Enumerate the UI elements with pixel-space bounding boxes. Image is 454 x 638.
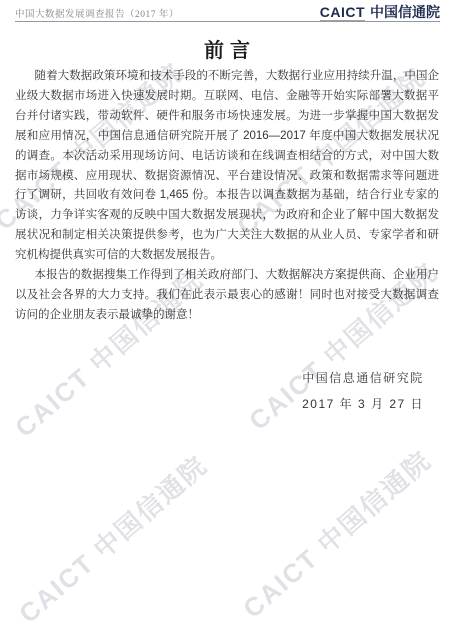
signature-date: 2017 年 3 月 27 日 xyxy=(302,394,424,414)
header-rule xyxy=(15,21,440,22)
caict-logo-latin-text: CAICT xyxy=(320,5,365,22)
document-page: CAICT 中国信通院 CAICT 中国信通院 CAICT 中国信通院 CAIC… xyxy=(0,0,454,638)
preface-paragraph-1: 随着大数据政策环境和技术手段的不断完善，大数据行业应用持续升温，中国企业级大数据… xyxy=(15,67,439,266)
watermark-text: CAICT 中国信通院 xyxy=(10,446,214,631)
caict-logo-chinese-text: 中国信通院 xyxy=(370,2,440,22)
running-head-report-title: 中国大数据发展调查报告（2017 年） xyxy=(15,6,179,22)
signature-organization: 中国信息通信研究院 xyxy=(302,368,424,388)
caict-logo: CAICT 中国信通院 xyxy=(320,2,440,22)
page-title: 前言 xyxy=(0,34,454,63)
signature-block: 中国信息通信研究院 2017 年 3 月 27 日 xyxy=(302,368,424,414)
preface-paragraph-2: 本报告的数据搜集工作得到了相关政府部门、大数据解决方案提供商、企业用户以及社会各… xyxy=(15,266,439,326)
page-header: 中国大数据发展调查报告（2017 年） CAICT 中国信通院 xyxy=(15,6,440,22)
preface-body: 随着大数据政策环境和技术手段的不断完善，大数据行业应用持续升温，中国企业级大数据… xyxy=(15,67,439,326)
watermark-text: CAICT 中国信通院 xyxy=(234,441,438,626)
